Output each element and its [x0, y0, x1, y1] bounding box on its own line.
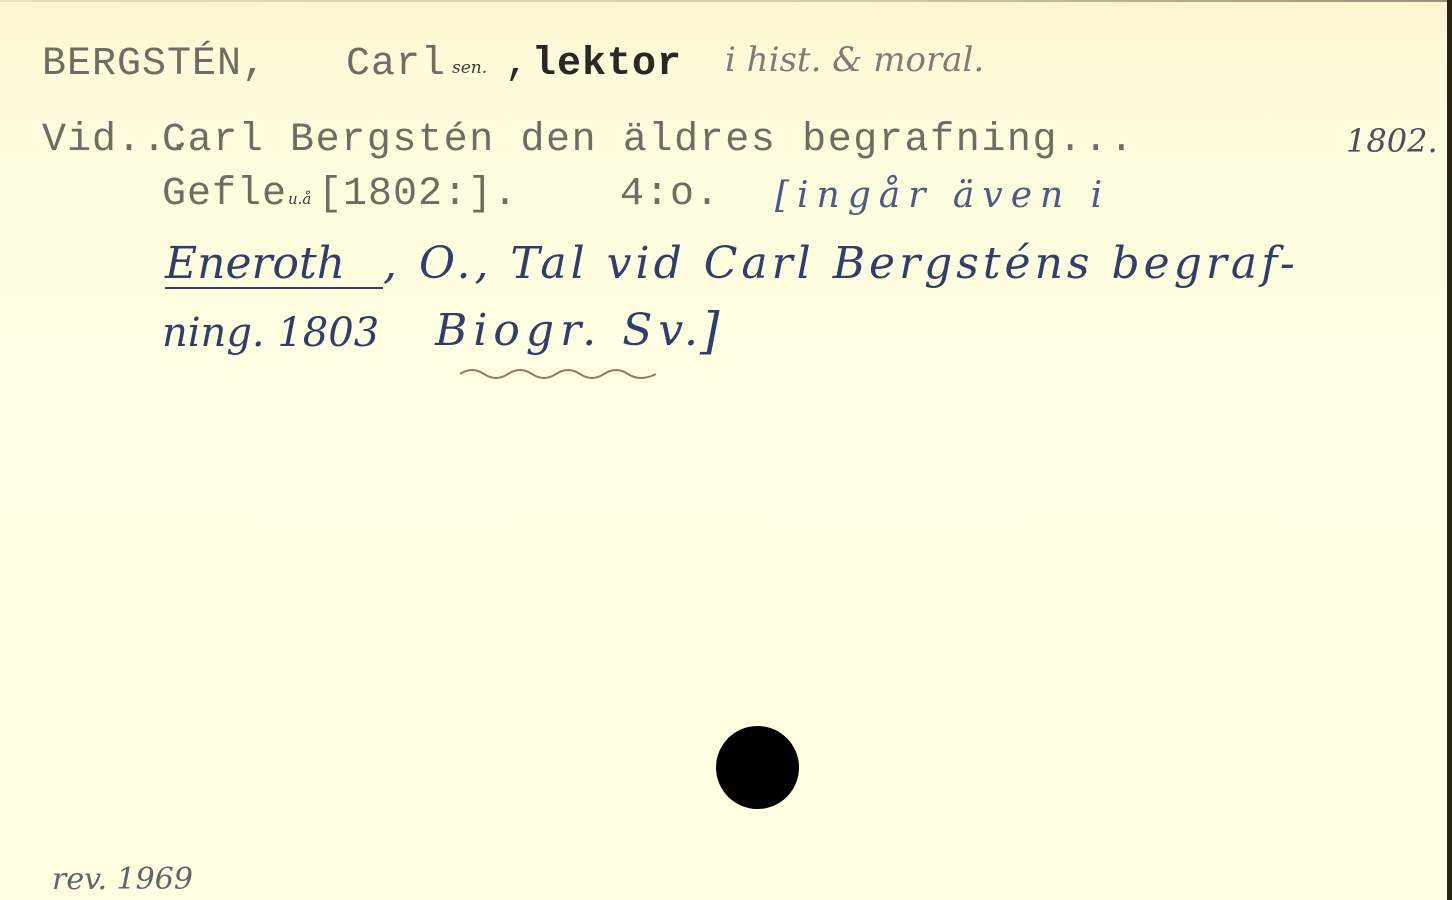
entry-place-annotation: u.å — [288, 190, 311, 208]
heading-sen-annotation: sen. — [452, 58, 487, 78]
heading-forename: Carl — [346, 42, 446, 87]
catalog-card: BERGSTÉN, Carl sen. , lektor i hist. & m… — [0, 0, 1448, 900]
note-author: Eneroth — [165, 238, 345, 289]
note-closing-bracket: ] — [700, 302, 720, 360]
heading-handwritten-addition: i hist. & moral. — [725, 40, 984, 80]
revision-note: rev. 1969 — [52, 862, 193, 897]
reference-wavy-underline — [460, 364, 660, 380]
punch-hole — [716, 726, 799, 809]
note-line3-rest: , O., Tal vid Carl Bergsténs begraf- — [383, 238, 1299, 289]
card-top-edge — [0, 0, 1448, 2]
heading-title: lektor — [532, 42, 682, 87]
entry-handwritten-note-start: [ingår även i — [775, 175, 1110, 216]
entry-title: Carl Bergstén den äldres begrafning... — [162, 118, 1135, 163]
heading-surname: BERGSTÉN, — [42, 42, 267, 87]
entry-date: [1802:]. — [318, 172, 518, 217]
entry-handwritten-year: 1802. — [1346, 122, 1438, 160]
card-right-edge — [1447, 0, 1452, 900]
note-line4-reference: Biogr. Sv. — [435, 305, 704, 356]
note-author-underline — [165, 287, 383, 289]
heading-comma: , — [505, 42, 530, 87]
entry-place: Gefle — [162, 172, 287, 217]
note-line4-text: ning. 1803 — [162, 310, 379, 356]
entry-format: 4:o. — [620, 172, 720, 217]
